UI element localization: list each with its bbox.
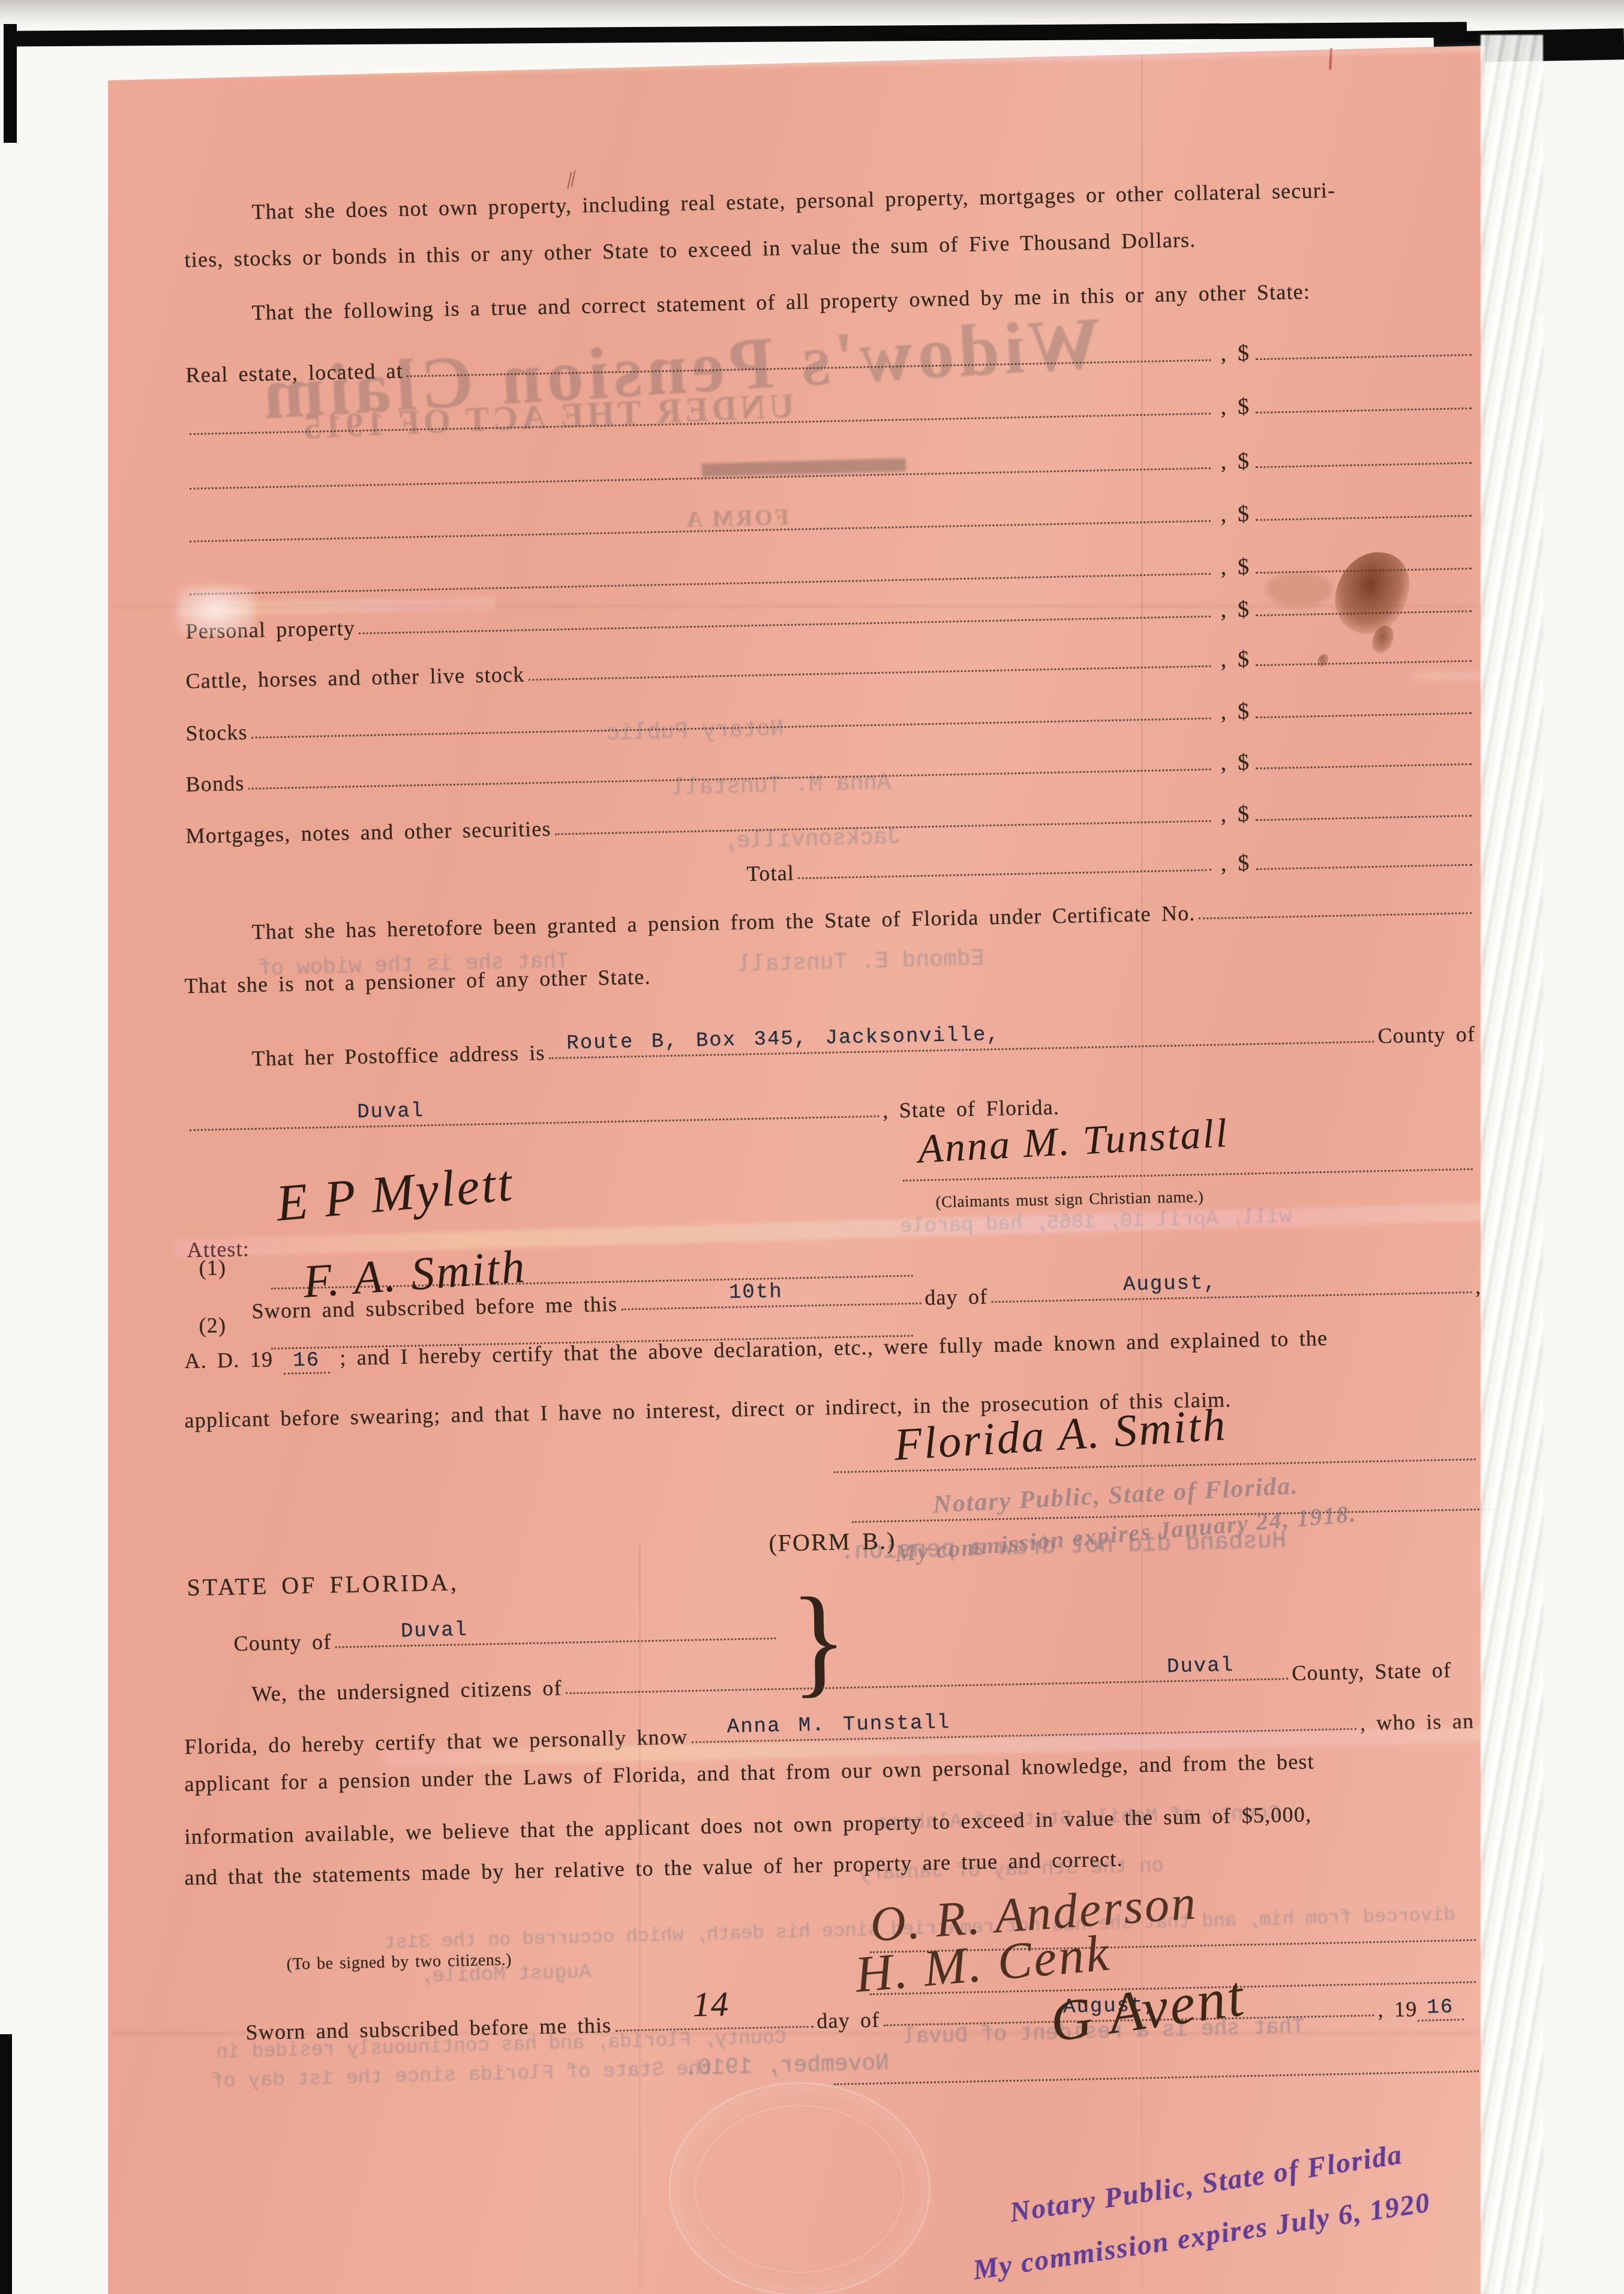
dotted-line [1256,407,1472,413]
jurat1-month-value: August, [1123,1272,1218,1297]
dollar-sign: , $ [1214,553,1252,580]
dollar-sign: , $ [1214,340,1252,367]
dotted-line: 10th [622,1303,921,1311]
day-of-label: day of [816,2007,880,2034]
total-label: Total [746,860,794,886]
attest-number-1: (1) [199,1255,226,1281]
dotted-line [1256,864,1472,870]
know-name-value: Anna M. Tunstall [727,1711,951,1738]
document-scan: Widow's Pension Claim UNDER THE ACT OF 1… [0,0,1624,2294]
dollar-sign: , $ [1214,749,1252,776]
scanner-black-bar-left-bottom [0,2034,12,2294]
ad-19-label: A. D. 19 [184,1347,273,1373]
day-of-label: day of [924,1284,988,1310]
dollar-sign: , $ [1214,850,1252,877]
embossed-seal-inner [695,2105,905,2273]
state-of-florida-heading: STATE OF FLORIDA, [187,1568,459,1602]
paper-crease [639,1546,641,2290]
jurat2-year-value: 16 [1417,1996,1464,2022]
dollar-sign: , $ [1214,800,1252,827]
dollar-sign: , $ [1214,596,1252,623]
dotted-line [798,869,1211,879]
dotted-line [1199,912,1472,919]
dollar-sign: , $ [1214,500,1252,527]
jurat1-year-value: 16 [283,1349,330,1375]
glare-band [1410,672,1488,680]
stocks-label: Stocks [185,719,248,746]
plastic-sleeve-edge [1481,35,1543,2294]
undersigned-suffix: County, State of [1292,1657,1452,1686]
dollar-sign: , $ [1214,698,1252,725]
dotted-line: Duval [335,1638,776,1648]
dotted-line [1256,660,1472,666]
dotted-line [1256,763,1472,769]
dollar-sign: , $ [1214,646,1252,673]
formb-county-value: Duval [401,1619,469,1643]
scanner-black-bar-left-top [4,24,17,143]
dotted-line [1256,712,1472,718]
jurat1-day-value: 10th [729,1281,783,1305]
dotted-line: 14 [616,2026,813,2032]
formb-county-of-label: County of [233,1629,332,1656]
form-b-heading: (FORM B.) [769,1527,896,1557]
paper-crease [1141,46,1143,2290]
dollar-sign: , $ [1214,448,1252,475]
dotted-line [1256,515,1472,521]
attest-number-2: (2) [199,1312,226,1338]
year-19-label: , 19 [1377,1996,1418,2022]
undersigned-county-value: Duval [1167,1654,1235,1678]
glare-blob [177,585,255,636]
dotted-line [1256,610,1472,616]
bonds-label: Bonds [185,770,245,797]
embossed-seal [669,2082,930,2294]
dotted-line [1256,462,1472,468]
dollar-sign: , $ [1214,393,1252,420]
jurat2-day-value: 14 [692,1984,730,2025]
real-estate-label: Real estate, located at [185,358,403,388]
county-of-label: County of [1377,1021,1476,1048]
bleedthrough-typed: November, 1910. [683,2051,889,2082]
dotted-line [1256,354,1472,360]
dotted-line [1256,815,1472,821]
county-value: Duval [357,1100,425,1124]
